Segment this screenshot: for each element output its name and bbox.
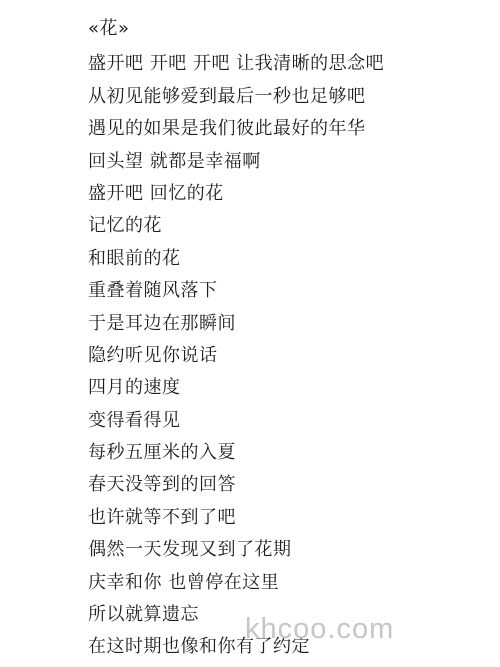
lyric-line-8: 重叠着随风落下 bbox=[88, 275, 384, 307]
lyric-line-17: 庆幸和你 也曾停在这里 bbox=[88, 567, 384, 599]
lyric-line-6: 记忆的花 bbox=[88, 210, 384, 242]
lyric-line-1: 盛开吧 开吧 开吧 让我清晰的思念吧 bbox=[88, 48, 384, 80]
lyric-line-11: 四月的速度 bbox=[88, 372, 384, 404]
lyrics-page: «花» 盛开吧 开吧 开吧 让我清晰的思念吧 从初见能够爱到最后一秒也足够吧 遇… bbox=[0, 0, 500, 667]
lyric-line-2: 从初见能够爱到最后一秒也足够吧 bbox=[88, 81, 384, 113]
lyric-line-12: 变得看得见 bbox=[88, 405, 384, 437]
lyric-line-9: 于是耳边在那瞬间 bbox=[88, 308, 384, 340]
watermark: khcoo.com bbox=[245, 612, 394, 646]
lyric-line-7: 和眼前的花 bbox=[88, 243, 384, 275]
lyric-line-10: 隐约听见你说话 bbox=[88, 340, 384, 372]
lyric-line-3: 遇见的如果是我们彼此最好的年华 bbox=[88, 113, 384, 145]
lyric-line-4: 回头望 就都是幸福啊 bbox=[88, 146, 384, 178]
lyrics-title: «花» bbox=[88, 13, 384, 45]
lyric-line-13: 每秒五厘米的入夏 bbox=[88, 437, 384, 469]
lyrics-text-block: «花» 盛开吧 开吧 开吧 让我清晰的思念吧 从初见能够爱到最后一秒也足够吧 遇… bbox=[88, 13, 384, 664]
lyric-line-16: 偶然一天发现又到了花期 bbox=[88, 534, 384, 566]
lyric-line-5: 盛开吧 回忆的花 bbox=[88, 178, 384, 210]
lyric-line-14: 春天没等到的回答 bbox=[88, 469, 384, 501]
lyric-line-15: 也许就等不到了吧 bbox=[88, 502, 384, 534]
